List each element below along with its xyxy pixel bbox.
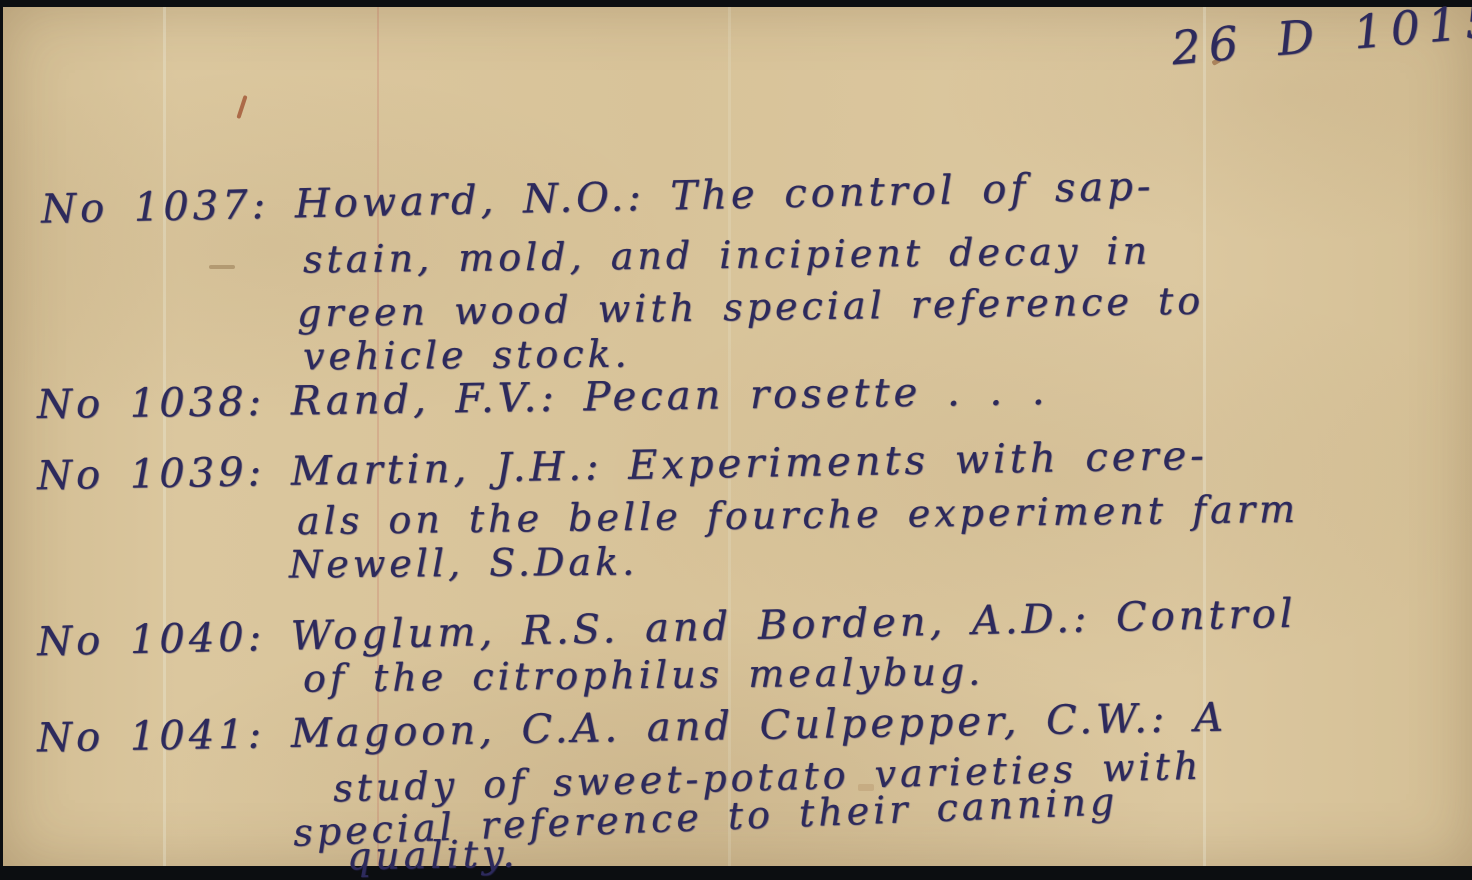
scanned-card-image: 26 D 1015 No 1037: Howard, N.O.: The con… xyxy=(0,0,1472,880)
date-code: 26 D 1015 xyxy=(1169,0,1472,75)
entry-1037-line-2: stain, mold, and incipient decay in xyxy=(303,229,1151,282)
entry-1037-line-3: green wood with special reference to xyxy=(297,279,1205,336)
entry-1037-line-1: No 1037: Howard, N.O.: The control of sa… xyxy=(41,163,1155,232)
index-card: 26 D 1015 No 1037: Howard, N.O.: The con… xyxy=(3,7,1472,866)
entry-1037-line-4: vehicle stock. xyxy=(303,332,631,379)
entry-1039-line-2: als on the belle fourche experiment farm xyxy=(297,487,1300,543)
entry-1041-line-4: quality. xyxy=(347,832,519,879)
entry-1039-line-3: Newell, S.Dak. xyxy=(289,539,639,586)
paper-blemish xyxy=(209,265,235,269)
entry-1038-line-1: No 1038: Rand, F.V.: Pecan rosette . . . xyxy=(37,368,1049,428)
paper-blemish xyxy=(236,95,247,119)
entry-1040-line-2: of the citrophilus mealybug. xyxy=(303,649,985,700)
